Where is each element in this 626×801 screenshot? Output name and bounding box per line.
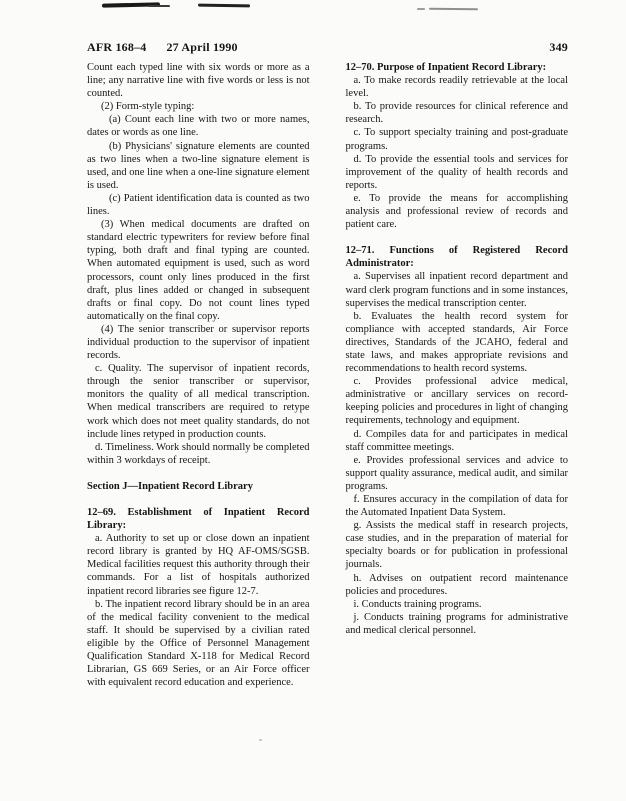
page-number: 349 — [549, 40, 568, 55]
text-columns: Count each typed line with six words or … — [87, 61, 568, 689]
article-heading-12-70: 12–70. Purpose of Inpatient Record Libra… — [346, 61, 569, 74]
left-column: Count each typed line with six words or … — [87, 61, 310, 689]
paragraph-lettered: e. Provides professional services and ad… — [346, 454, 569, 493]
article-heading-12-69: 12–69. Establishment of Inpatient Record… — [87, 506, 310, 532]
right-column: 12–70. Purpose of Inpatient Record Libra… — [346, 61, 569, 689]
paragraph-lettered: d. To provide the essential tools and se… — [346, 153, 569, 192]
scan-smudge-icon — [429, 8, 478, 10]
paragraph-lettered: c. Quality. The supervisor of inpatient … — [87, 362, 310, 441]
paragraph-lettered: c. Provides professional advice medical,… — [346, 375, 569, 427]
paragraph-lettered: h. Advises on outpatient record maintena… — [346, 572, 569, 598]
document-page: AFR 168–4 27 April 1990 349 Count each t… — [0, 0, 626, 801]
paragraph-lettered: b. The inpatient record library should b… — [87, 598, 310, 690]
paragraph-lettered: c. To support specialty training and pos… — [346, 126, 569, 152]
paragraph-lettered: j. Conducts training programs for admini… — [346, 611, 569, 637]
regulation-number: AFR 168–4 — [87, 40, 146, 55]
scan-smudge-icon — [417, 8, 425, 10]
scan-smudge-icon — [148, 5, 170, 7]
scan-speck-icon — [259, 739, 262, 741]
paragraph-lettered: b. Evaluates the health record system fo… — [346, 310, 569, 375]
paragraph-lettered: d. Compiles data for and participates in… — [346, 428, 569, 454]
paragraph-sub-lettered: (b) Physicians' signature elements are c… — [87, 140, 310, 192]
paragraph-lettered: f. Ensures accuracy in the compilation o… — [346, 493, 569, 519]
paragraph-lettered: b. To provide resources for clinical ref… — [346, 100, 569, 126]
paragraph-lettered: a. Supervises all inpatient record depar… — [346, 270, 569, 309]
page-header: AFR 168–4 27 April 1990 349 — [87, 40, 568, 55]
paragraph-sub-lettered: (a) Count each line with two or more nam… — [87, 113, 310, 139]
paragraph-numbered: (2) Form-style typing: — [87, 100, 310, 113]
section-heading: Section J—Inpatient Record Library — [87, 480, 310, 493]
paragraph-lettered: g. Assists the medical staff in research… — [346, 519, 569, 571]
paragraph-sub-lettered: (c) Patient identification data is count… — [87, 192, 310, 218]
paragraph-lettered: i. Conducts training programs. — [346, 598, 569, 611]
scan-smudge-icon — [198, 4, 250, 7]
paragraph-lettered: e. To provide the means for accomplishin… — [346, 192, 569, 231]
paragraph-lettered: a. Authority to set up or close down an … — [87, 532, 310, 597]
header-date: 27 April 1990 — [166, 40, 237, 55]
paragraph-lettered: d. Timeliness. Work should normally be c… — [87, 441, 310, 467]
paragraph-numbered: (3) When medical documents are drafted o… — [87, 218, 310, 323]
paragraph-lettered: a. To make records readily retrievable a… — [346, 74, 569, 100]
article-heading-12-71: 12–71. Functions of Registered Record Ad… — [346, 244, 569, 270]
paragraph-continuation: Count each typed line with six words or … — [87, 61, 310, 100]
paragraph-numbered: (4) The senior transcriber or supervisor… — [87, 323, 310, 362]
